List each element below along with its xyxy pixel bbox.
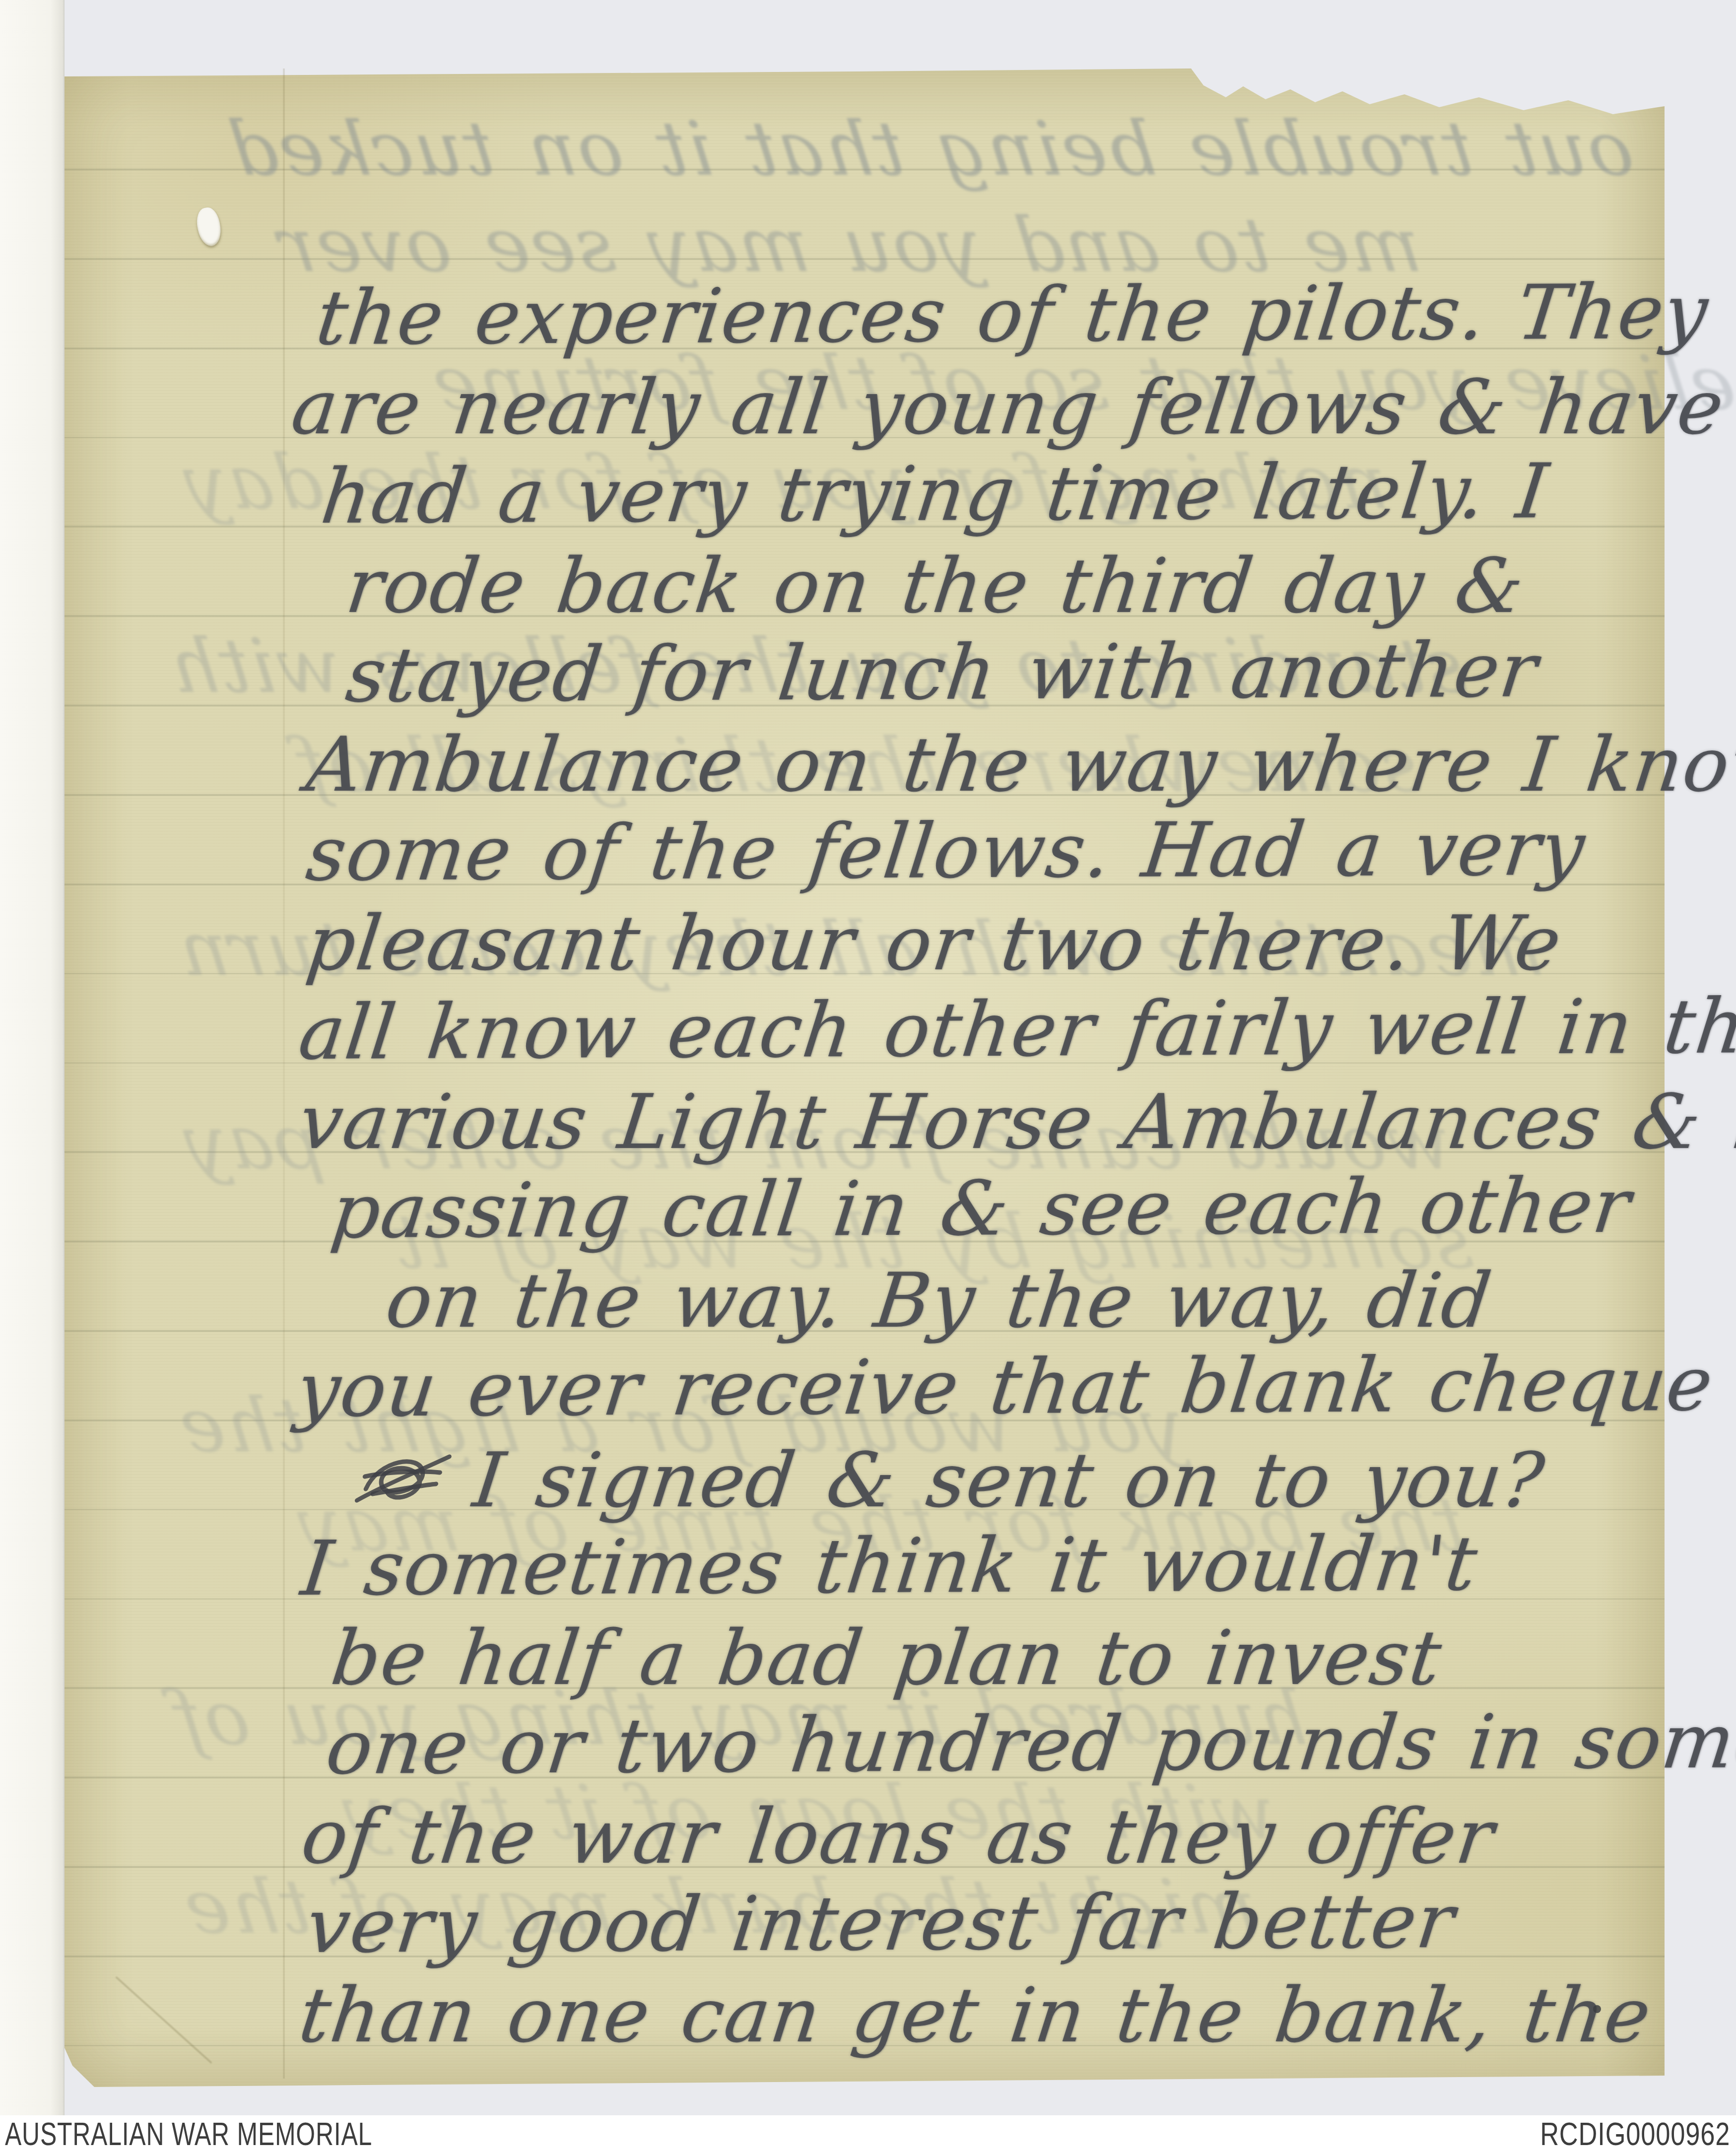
handwriting-line: I signed & sent on to you?	[342, 1442, 1549, 1518]
handwriting-line: you ever receive that blank cheque	[293, 1346, 1717, 1428]
fold-crease	[283, 68, 285, 2079]
bleedthrough-line: out trouble being that it on tucked	[224, 112, 1637, 187]
handwriting-line: very good interest far better	[303, 1884, 1459, 1964]
handwriting-line: had a very trying time lately. I	[318, 454, 1552, 535]
handwriting-line: of the war loans as they offer	[298, 1799, 1498, 1875]
handwriting-line: one or two hundred pounds in some	[323, 1703, 1736, 1785]
handwriting-line: passing call in & see each other	[328, 1168, 1635, 1249]
archive-name-label: AUSTRALIAN WAR MEMORIAL	[5, 2116, 372, 2153]
handwriting-line: some of the fellows. Had a very	[303, 811, 1589, 892]
pencil-dot	[1593, 2005, 1601, 2013]
scanned-letter-page: out trouble being that it on tucked me t…	[0, 0, 1736, 2153]
archive-id-label: RCDIG0000962	[1540, 2116, 1730, 2153]
handwriting-line: rode back on the third day &	[342, 548, 1529, 624]
handwriting-line: various Light Horse Ambulances & if	[295, 1084, 1736, 1160]
scanner-edge-strip	[0, 0, 65, 2115]
handwriting-line: the experiences of the pilots. They	[313, 274, 1712, 356]
handwriting-text: I signed & sent on to you?	[469, 1436, 1550, 1524]
handwriting-line: be half a bad plan to invest	[328, 1620, 1446, 1696]
handwriting-line: are nearly all young fellows & have	[288, 370, 1728, 445]
handwriting-line: Ambulance on the way where I know	[303, 727, 1736, 803]
handwriting-line: all know each other fairly well in the	[295, 989, 1736, 1071]
letter-sheet: out trouble being that it on tucked me t…	[65, 68, 1665, 2087]
handwriting-line: I sometimes think it wouldn't	[298, 1526, 1481, 1607]
archive-footer: AUSTRALIAN WAR MEMORIAL RCDIG0000962	[0, 2115, 1736, 2153]
handwriting-line: stayed for lunch with another	[342, 633, 1542, 713]
handwriting-line: on the way. By the way, did	[382, 1263, 1496, 1339]
handwriting-line: than one can get in the bank, the	[295, 1978, 1655, 2053]
scribbled-out-word	[342, 1442, 456, 1516]
handwriting-line: pleasant hour or two there. We	[303, 906, 1566, 981]
